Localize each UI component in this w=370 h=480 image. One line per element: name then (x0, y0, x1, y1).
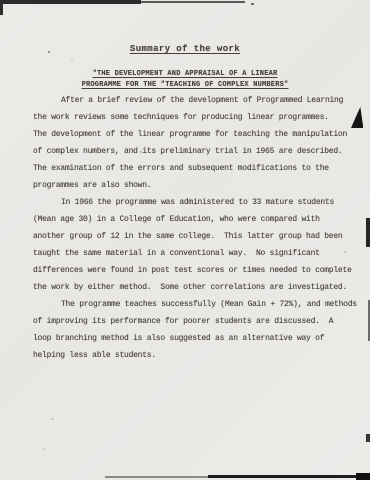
body-line: The development of the linear programme … (33, 130, 355, 147)
document-title: "THE DEVELOPMENT AND APPRAISAL OF A LINE… (0, 69, 370, 91)
scan-edge-bottom-dark (208, 475, 370, 478)
body-line: differences were found in post test scor… (33, 266, 355, 283)
body-line: programmes are also shown. (33, 181, 355, 198)
scan-edge-right-mark-3 (366, 434, 370, 442)
scan-edge-right-mark-1 (366, 218, 370, 247)
scan-edge-bottom-chunk (356, 473, 370, 480)
document-title-line-2: PROGRAMME FOR THE "TEACHING OF COMPLEX N… (82, 81, 289, 89)
page-heading-text: Summary of the work (130, 44, 240, 54)
scan-speck (51, 418, 54, 420)
body-line: of complex numbers, and its preliminary … (33, 147, 355, 164)
scan-speck (71, 60, 73, 61)
scan-edge-bottom-thin (105, 476, 210, 478)
page-heading: Summary of the work (0, 44, 370, 54)
body-line: of improving its performance for poorer … (33, 317, 355, 334)
scan-edge-left (0, 0, 3, 15)
scan-speck (42, 448, 45, 450)
body-line: the work reviews some techniques for pro… (33, 113, 355, 130)
scanned-document-page: Summary of the work "THE DEVELOPMENT AND… (0, 0, 370, 480)
body-line: The examination of the errors and subseq… (33, 164, 355, 181)
scan-edge-top-thin (141, 1, 245, 3)
body-line: (Mean age 30) in a College of Education,… (33, 215, 355, 232)
scan-speck (251, 3, 254, 5)
body-line: taught the same material in a convention… (33, 249, 355, 266)
body-line: helping less able students. (33, 351, 355, 368)
body-line: loop branching method is also suggested … (33, 334, 355, 351)
scan-edge-top-dark (0, 0, 141, 4)
document-title-line-1: "THE DEVELOPMENT AND APPRAISAL OF A LINE… (93, 70, 278, 78)
body-line: After a brief review of the development … (33, 96, 355, 113)
body-line: In 1966 the programme was administered t… (33, 198, 355, 215)
body-line: The programme teaches successfully (Mean… (33, 300, 355, 317)
body-line: the work by either method. Some other co… (33, 283, 355, 300)
body-line: another group of 12 in the same college.… (33, 232, 355, 249)
document-body: After a brief review of the development … (33, 96, 355, 368)
